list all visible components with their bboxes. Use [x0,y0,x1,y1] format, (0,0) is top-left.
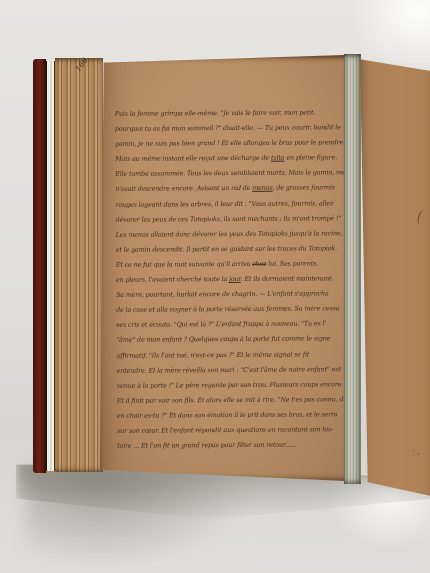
photo-of-open-book: Puis la femme grimpa elle-même. "Je vais… [0,0,430,573]
manuscript-line: dévorer les yeux de ces Totopioks, ils s… [115,211,345,228]
manuscript-line: Mais au même instant elle reçut une déch… [115,150,345,167]
manuscript-line: en pleurs, l'avaient cherché toute la jo… [116,271,346,288]
endpaper-block-edge [46,61,55,471]
book-cast-shadow-blob [26,468,256,568]
backdrop-highlight-top-right [352,0,430,70]
manuscript-line: Et ce ne fut que la nuit suivante qu'il … [116,256,346,273]
ink-mark [416,209,428,226]
manuscript-line: "âme" de mon enfant ? Quelques coups à l… [116,332,346,349]
manuscript-line: n'osait descendre encore. Avisant un nid… [115,181,345,198]
manuscript-line: Et il finit par voir son fils. Et alors … [117,392,347,409]
manuscript-line: en chair es-tu ?" Et dans son émotion il… [117,407,347,424]
binding-spine-cloth [344,54,361,484]
manuscript-line: sur son cœur. Et l'enfant répondit aux q… [117,422,347,439]
manuscript-line: ses cris et écouta. "Qui est là ?" L'enf… [116,317,346,334]
left-page: Puis la femme grimpa elle-même. "Je vais… [100,55,346,481]
manuscript-line: entendre. Et la mère réveilla son mari :… [117,362,347,379]
manuscript-line: venue à la porte !" Le père regarde par … [117,377,347,394]
manuscript-line: pourquoi tu as fui mon sommeil ?" disait… [115,120,345,137]
manuscript-line: affirmatif. "Ils l'ont tué, n'est-ce pas… [116,347,346,364]
manuscript-text: Puis la femme grimpa elle-même. "Je vais… [115,105,348,469]
manuscript-line: Les menos allaient donc dévorer les yeux… [116,226,346,243]
book-cover-edge [33,59,46,473]
ink-marks: ·‚ [412,447,422,457]
manuscript-line: Elle tomba assommée. Tous les deux sembl… [115,166,345,183]
right-page: ·‚ [360,52,430,502]
fore-edge-page-stack [55,58,103,472]
manuscript-line: de la case et alla cogner à la porte rés… [116,301,346,318]
manuscript-line: rouges logeant dans les arbres, il leur … [115,196,345,213]
manuscript-line: Sa mère, pourtant, hurlait encore de cha… [116,286,346,303]
manuscript-line: gamin, je ne suis pas bien grand ! Et el… [115,135,345,152]
manuscript-line: et le gamin descendit. Il partit en se g… [116,241,346,258]
manuscript-line: toire ... Et l'on fit un grand repas pou… [117,437,347,454]
manuscript-line: Puis la femme grimpa elle-même. "Je vais… [115,105,345,122]
